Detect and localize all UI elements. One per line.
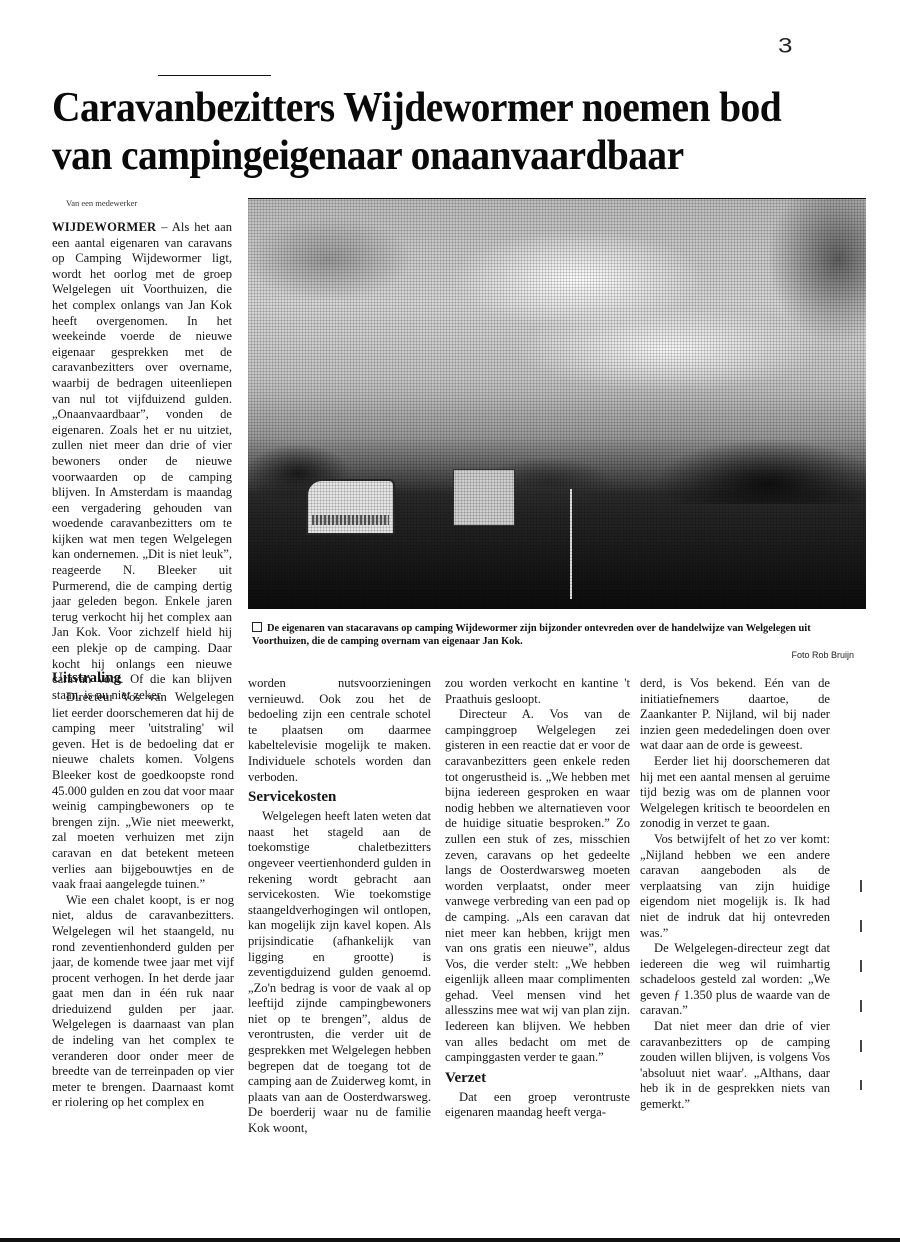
subheading-uitstraling: Uitstraling [52,670,234,687]
scan-margin-marks [860,880,862,1090]
photo-halftone [248,199,866,609]
handwritten-page-number: 3 [778,33,792,58]
lead-column: WIJDEWORMER – Als het aan een aantal eig… [52,220,232,703]
top-rule-divider [158,75,271,76]
paragraph: Directeur A. Vos van de campinggroep Wel… [445,707,630,1066]
body-column-3: zou worden verkocht en kantine 't Praath… [445,676,630,1121]
paragraph: Wie een chalet koopt, is er nog niet, al… [52,893,234,1111]
lead-paragraph: WIJDEWORMER – Als het aan een aantal eig… [52,220,232,703]
photo-caption: De eigenaren van stacaravans op camping … [252,622,862,648]
scan-bottom-edge [0,1238,900,1242]
subheading-verzet: Verzet [445,1070,630,1087]
paragraph: Eerder liet hij doorschemeren dat hij me… [640,754,830,832]
caption-square-bullet-icon [252,622,262,632]
paragraph: Directeur Vos van Welgelegen liet eerder… [52,690,234,893]
caption-text: De eigenaren van stacaravans op camping … [252,623,811,647]
paragraph: Dat een groep verontruste eigenaren maan… [445,1090,630,1121]
paragraph: Vos betwijfelt of het zo ver komt: „Nijl… [640,832,830,941]
subheading-servicekosten: Servicekosten [248,789,431,806]
paragraph-continued: worden nutsvoorzieningen vernieuwd. Ook … [248,676,431,785]
paragraph: Welgelegen heeft laten weten dat naast h… [248,809,431,1136]
paragraph-continued: zou worden verkocht en kantine 't Praath… [445,676,630,707]
dateline: WIJDEWORMER [52,220,156,234]
body-column-1: Uitstraling Directeur Vos van Welgelegen… [52,666,234,1111]
lead-text: – Als het aan een aantal eigenaren van c… [52,220,232,702]
article-photo [248,198,866,609]
photo-credit: Foto Rob Bruijn [700,650,854,660]
byline: Van een medewerker [66,198,137,208]
paragraph: Dat niet meer dan drie of vier caravanbe… [640,1019,830,1113]
body-column-4: derd, is Vos bekend. Eén van de initiati… [640,676,830,1113]
paragraph: De Welgelegen-directeur zegt dat iederee… [640,941,830,1019]
body-column-2: worden nutsvoorzieningen vernieuwd. Ook … [248,676,431,1137]
article-headline: Caravanbezitters Wijdewormer noemen bod … [52,84,804,180]
paragraph-continued: derd, is Vos bekend. Eén van de initiati… [640,676,830,754]
